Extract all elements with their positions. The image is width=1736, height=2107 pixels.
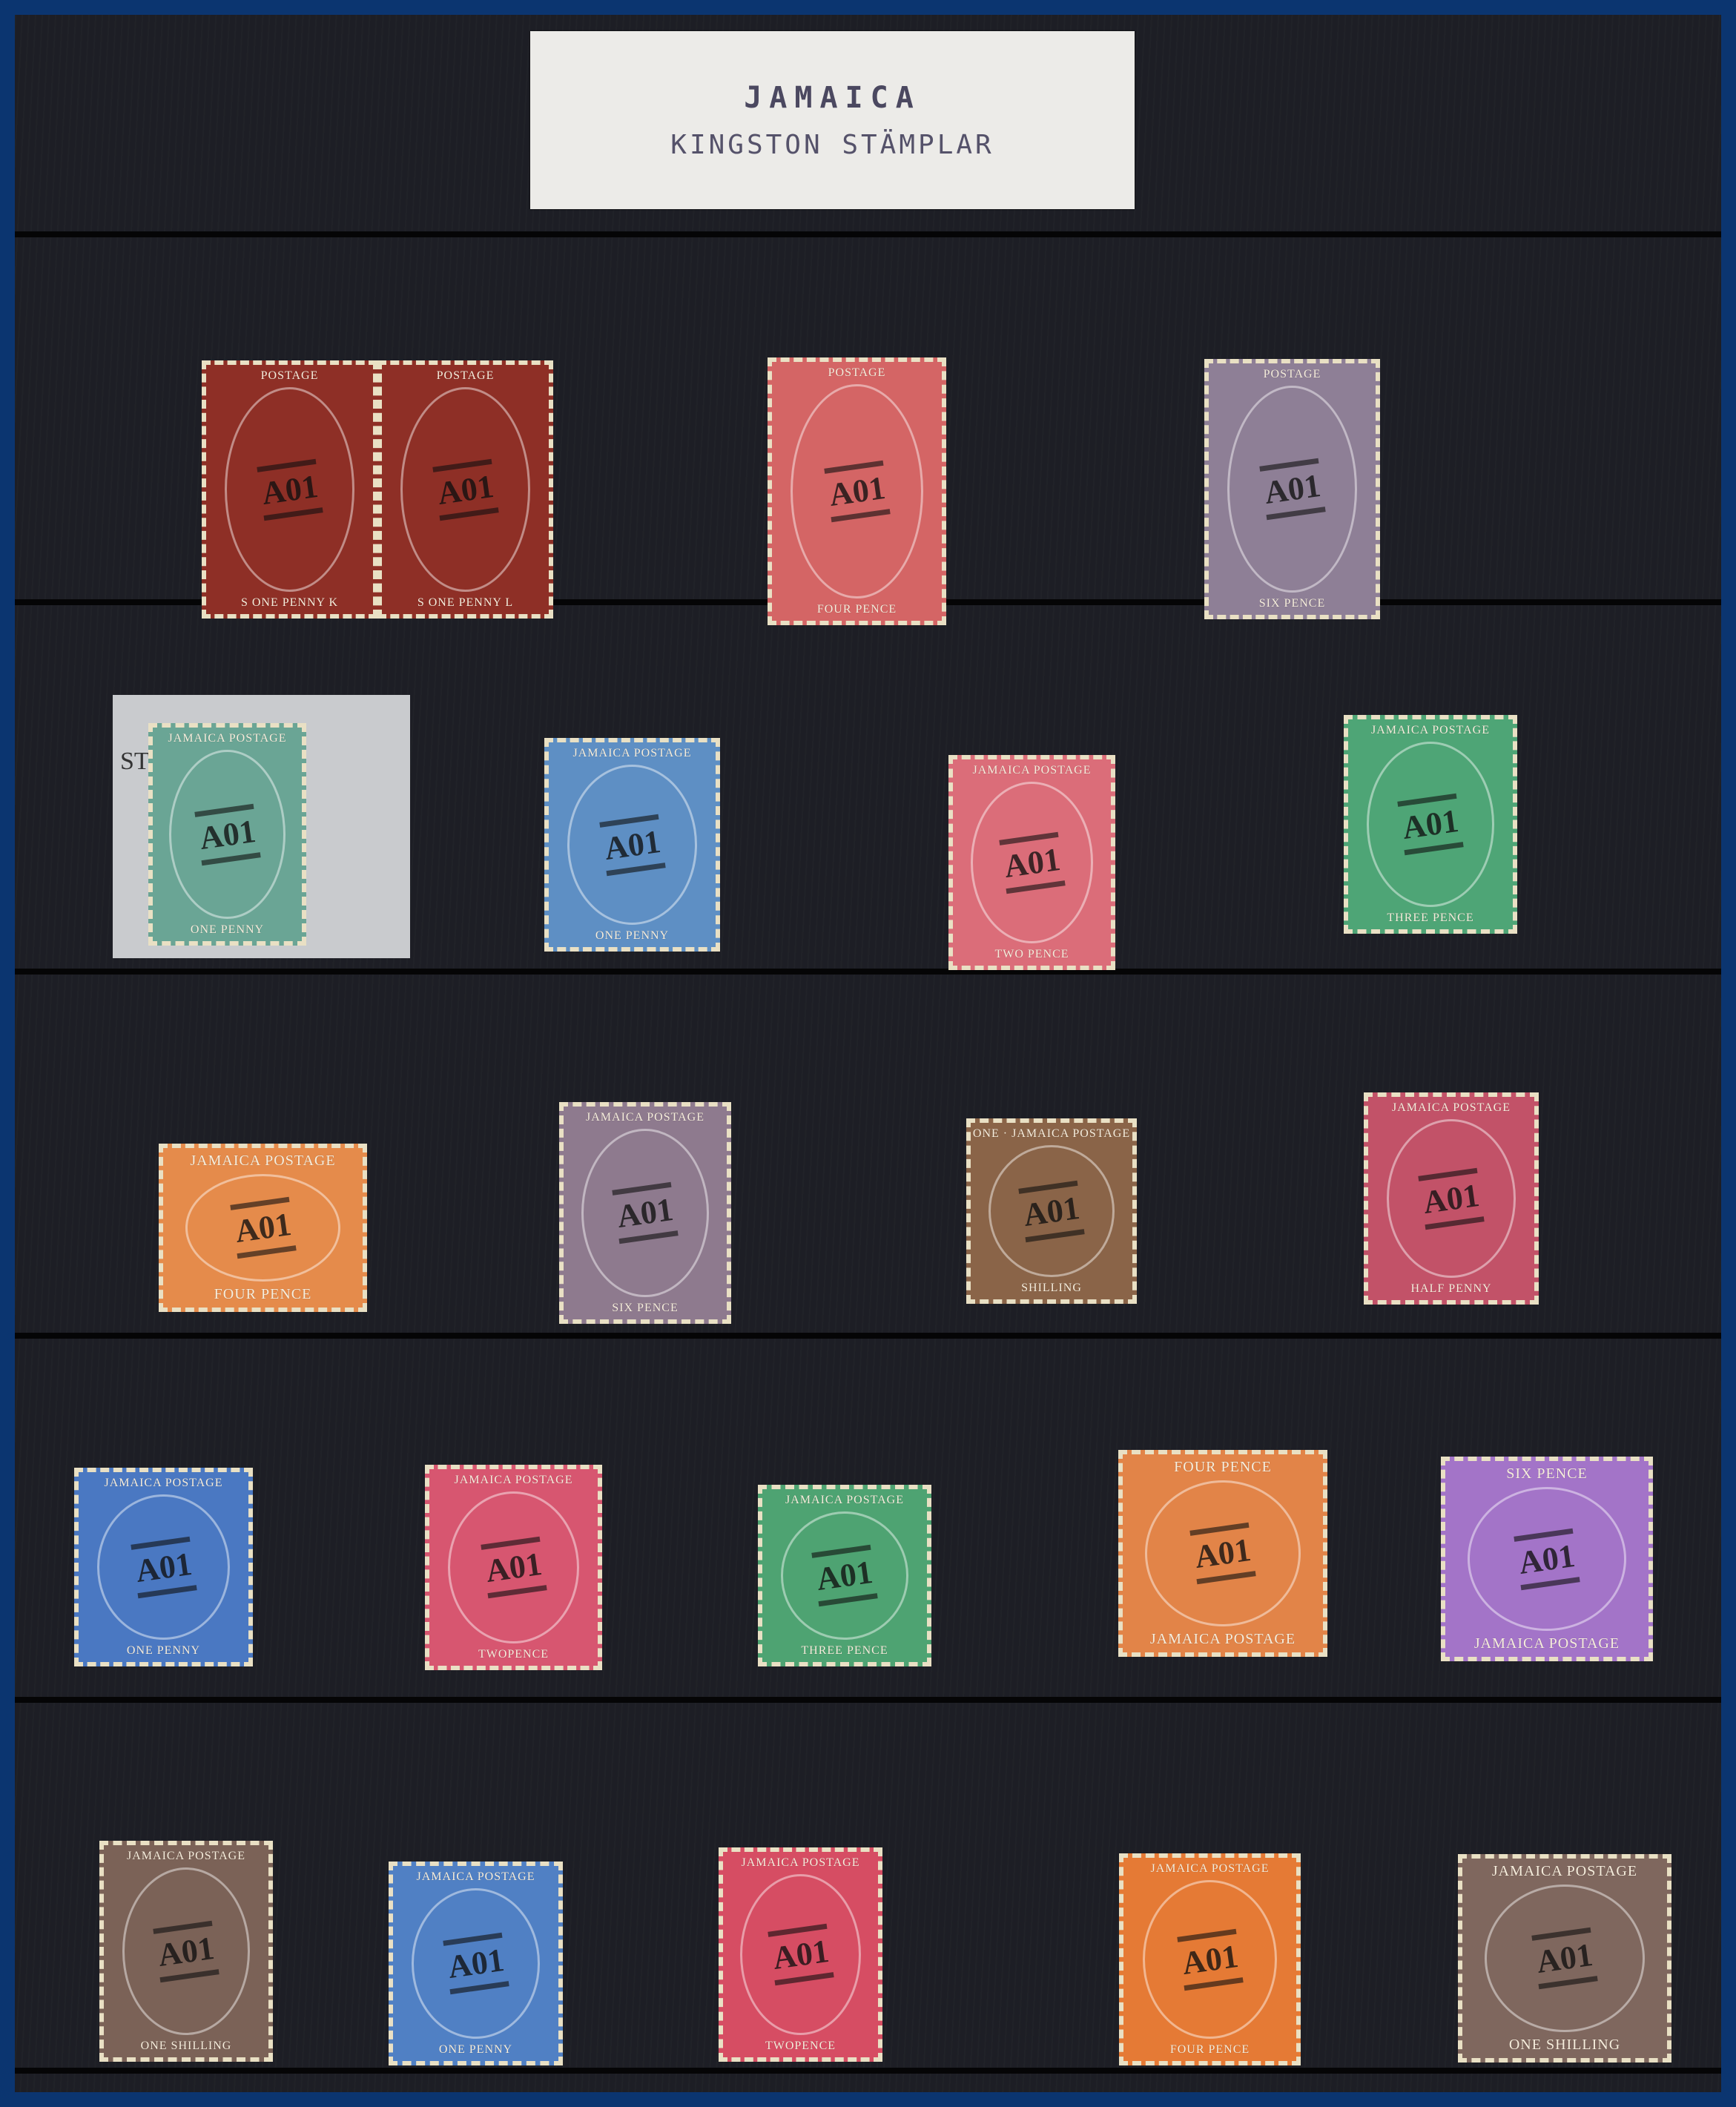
stamp: JAMAICA POSTAGEA01SIX PENCE (559, 1102, 731, 1324)
queen-portrait: A01 (1468, 1487, 1626, 1631)
stamp: POSTAGEA01S ONE PENNY L (377, 360, 553, 619)
stamp-value-inscription: S ONE PENNY L (418, 596, 513, 610)
stamp-top-inscription: JAMAICA POSTAGE (127, 1850, 245, 1863)
stamp-value-inscription: JAMAICA POSTAGE (1150, 1631, 1296, 1648)
stamp: JAMAICA POSTAGEA01FOUR PENCE (159, 1144, 367, 1312)
stamp-top-inscription: JAMAICA POSTAGE (742, 1856, 860, 1870)
stamp-top-inscription: POSTAGE (828, 366, 886, 380)
queen-portrait: A01 (740, 1874, 861, 2035)
stamp-value-inscription: ONE SHILLING (1509, 2037, 1620, 2054)
a01-cancellation: A01 (194, 803, 260, 865)
stamp: SIX PENCEA01JAMAICA POSTAGE (1441, 1457, 1653, 1661)
a01-cancellation: A01 (999, 831, 1065, 893)
stamp: JAMAICA POSTAGEA01ONE SHILLING (1458, 1854, 1671, 2063)
stamp-top-inscription: JAMAICA POSTAGE (1392, 1101, 1511, 1115)
stamp: JAMAICA POSTAGEA01ONE SHILLING (99, 1841, 273, 2062)
queen-portrait: A01 (1143, 1880, 1278, 2039)
label-subtitle: KINGSTON STÄMPLAR (670, 130, 994, 160)
a01-cancellation: A01 (1397, 794, 1463, 855)
queen-portrait: A01 (448, 1491, 579, 1643)
stamp-value-inscription: THREE PENCE (801, 1644, 888, 1658)
stamp: JAMAICA POSTAGEA01TWO PENCE (948, 755, 1115, 970)
queen-portrait: A01 (97, 1494, 229, 1640)
stamp-value-inscription: ONE PENNY (595, 929, 669, 943)
queen-portrait: A01 (971, 782, 1094, 943)
stamp-top-inscription: JAMAICA POSTAGE (455, 1474, 573, 1487)
queen-portrait: A01 (169, 750, 286, 919)
stamp: JAMAICA POSTAGEA01TWOPENCE (425, 1465, 602, 1670)
stamp: JAMAICA POSTAGEA01THREE PENCE (758, 1485, 931, 1666)
stamp-top-inscription: JAMAICA POSTAGE (785, 1494, 904, 1507)
strip-divider (15, 231, 1721, 237)
stamp: JAMAICA POSTAGEA01ONE PENNY (74, 1468, 253, 1666)
stamp-value-inscription: SIX PENCE (1259, 597, 1325, 610)
stamp: JAMAICA POSTAGEA01ONE PENNY (544, 738, 720, 952)
stamp-top-inscription: ONE · JAMAICA POSTAGE (973, 1127, 1130, 1141)
a01-cancellation: A01 (443, 1933, 509, 1994)
stamp-value-inscription: JAMAICA POSTAGE (1474, 1635, 1620, 1652)
stamp: JAMAICA POSTAGEA01ONE PENNY (389, 1862, 563, 2065)
stamp-top-inscription: JAMAICA POSTAGE (573, 747, 692, 760)
stamp-value-inscription: FOUR PENCE (214, 1286, 312, 1303)
a01-cancellation: A01 (599, 814, 665, 875)
label-country: JAMAICA (744, 81, 921, 115)
stamp-top-inscription: POSTAGE (1264, 368, 1321, 381)
a01-cancellation: A01 (824, 461, 890, 522)
stamp-top-inscription: JAMAICA POSTAGE (168, 732, 287, 745)
stamp-value-inscription: S ONE PENNY K (241, 596, 338, 610)
stamp-top-inscription: JAMAICA POSTAGE (1371, 724, 1490, 737)
stamp-value-inscription: FOUR PENCE (1170, 2043, 1250, 2057)
a01-cancellation: A01 (481, 1537, 547, 1598)
queen-portrait: A01 (567, 765, 697, 925)
stamp-value-inscription: ONE PENNY (191, 923, 264, 937)
stamp: FOUR PENCEA01JAMAICA POSTAGE (1118, 1450, 1327, 1657)
stamp-value-inscription: TWO PENCE (994, 948, 1069, 961)
a01-cancellation: A01 (612, 1182, 678, 1244)
queen-portrait: A01 (1145, 1480, 1301, 1626)
queen-portrait: A01 (581, 1129, 708, 1297)
stamp: JAMAICA POSTAGEA01THREE PENCE (1344, 715, 1517, 934)
title-label: JAMAICA KINGSTON STÄMPLAR (530, 31, 1135, 209)
queen-portrait: A01 (781, 1511, 909, 1640)
a01-cancellation: A01 (1177, 1928, 1243, 1990)
a01-cancellation: A01 (1018, 1180, 1084, 1242)
queen-portrait: A01 (1387, 1119, 1516, 1278)
stamp-top-inscription: POSTAGE (261, 369, 319, 383)
stamp: POSTAGEA01S ONE PENNY K (202, 360, 377, 619)
queen-portrait: A01 (185, 1174, 341, 1282)
queen-portrait: A01 (225, 387, 354, 592)
stamp-value-inscription: HALF PENNY (1410, 1282, 1491, 1296)
stamp: JAMAICA POSTAGEA01HALF PENNY (1364, 1092, 1539, 1305)
stamp-top-inscription: POSTAGE (437, 369, 495, 383)
strip-divider (15, 1333, 1721, 1339)
queen-portrait: A01 (400, 387, 530, 592)
stamp-value-inscription: ONE PENNY (439, 2043, 512, 2057)
a01-cancellation: A01 (131, 1536, 197, 1597)
stamp: JAMAICA POSTAGEA01ONE PENNY (148, 723, 306, 946)
a01-cancellation: A01 (1531, 1928, 1597, 1989)
strip-divider (15, 969, 1721, 975)
queen-portrait: A01 (412, 1888, 541, 2039)
stamp-top-inscription: JAMAICA POSTAGE (586, 1111, 704, 1124)
stamp-top-inscription: FOUR PENCE (1174, 1459, 1272, 1476)
queen-portrait: A01 (1485, 1885, 1644, 2032)
stamp-value-inscription: TWOPENCE (765, 2040, 836, 2053)
a01-cancellation: A01 (768, 1924, 834, 1985)
queen-portrait: A01 (122, 1867, 251, 2035)
stamp-top-inscription: SIX PENCE (1506, 1465, 1588, 1483)
stamp-value-inscription: ONE PENNY (127, 1644, 200, 1658)
stamp-value-inscription: TWOPENCE (478, 1648, 549, 1661)
stamp-top-inscription: JAMAICA POSTAGE (417, 1870, 535, 1884)
stamp: JAMAICA POSTAGEA01FOUR PENCE (1119, 1853, 1301, 2065)
stamp-top-inscription: JAMAICA POSTAGE (105, 1477, 223, 1490)
stamp-top-inscription: JAMAICA POSTAGE (973, 764, 1092, 777)
stamp: POSTAGEA01FOUR PENCE (768, 357, 946, 625)
queen-portrait: A01 (1367, 742, 1495, 907)
queen-portrait: A01 (791, 384, 923, 599)
a01-cancellation: A01 (1514, 1528, 1580, 1589)
stamp-value-inscription: THREE PENCE (1387, 911, 1473, 925)
stamp: POSTAGEA01SIX PENCE (1204, 359, 1380, 619)
a01-cancellation: A01 (1259, 458, 1325, 520)
a01-cancellation: A01 (153, 1920, 219, 1982)
queen-portrait: A01 (989, 1145, 1115, 1277)
strip-divider (15, 1697, 1721, 1703)
a01-cancellation: A01 (230, 1197, 296, 1259)
a01-cancellation: A01 (432, 458, 498, 520)
stamp-value-inscription: ONE SHILLING (141, 2040, 232, 2053)
stamp-value-inscription: SHILLING (1021, 1282, 1082, 1295)
strip-divider (15, 2068, 1721, 2074)
a01-cancellation: A01 (1418, 1167, 1484, 1229)
queen-portrait: A01 (1227, 386, 1357, 593)
stamp: JAMAICA POSTAGEA01TWOPENCE (719, 1847, 882, 2062)
stamp-top-inscription: JAMAICA POSTAGE (1492, 1863, 1637, 1880)
stamp-top-inscription: JAMAICA POSTAGE (190, 1153, 335, 1170)
stamp: ONE · JAMAICA POSTAGEA01SHILLING (966, 1118, 1137, 1304)
album-page (15, 15, 1721, 2092)
stamp-value-inscription: FOUR PENCE (817, 603, 897, 616)
stamp-value-inscription: SIX PENCE (612, 1302, 678, 1315)
a01-cancellation: A01 (811, 1545, 877, 1606)
a01-cancellation: A01 (257, 458, 323, 520)
a01-cancellation: A01 (1189, 1523, 1255, 1584)
stamp-top-inscription: JAMAICA POSTAGE (1151, 1862, 1270, 1876)
